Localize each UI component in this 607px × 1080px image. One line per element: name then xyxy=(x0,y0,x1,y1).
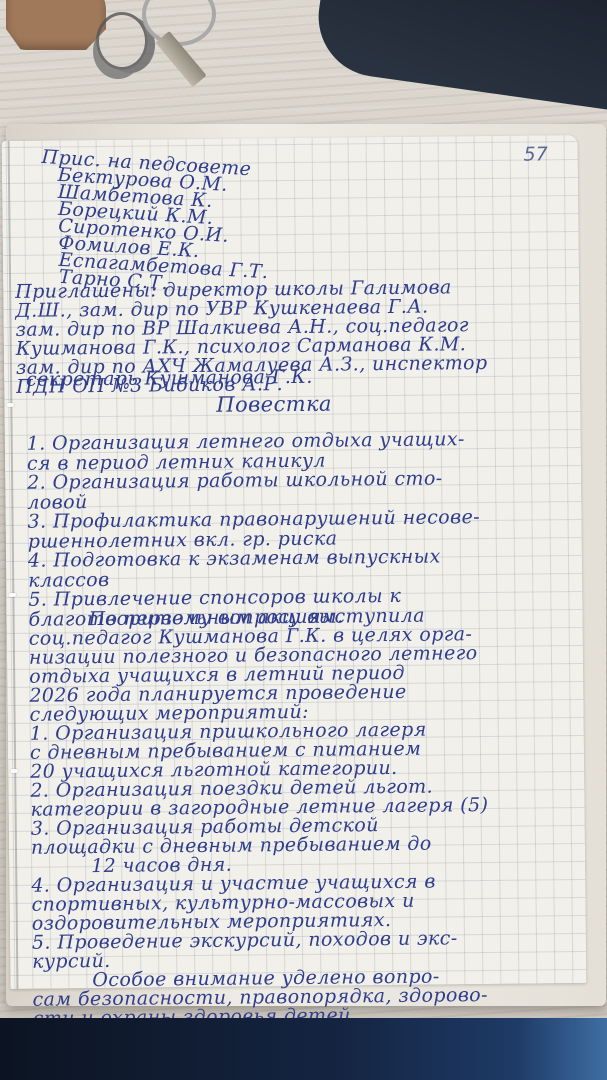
agenda-list: 1. Организация летнего отдыха учащих- ся… xyxy=(27,430,482,630)
key-ring xyxy=(142,0,216,46)
key-chain xyxy=(96,12,148,70)
attendees-list: Прис. на педсовете Бектурова О.М. Шамбет… xyxy=(24,144,269,283)
leather-key-tag xyxy=(6,0,106,50)
binding-stitch xyxy=(10,769,18,773)
discussion-text: По первому вопросу выступила соц.педагог… xyxy=(28,606,490,1029)
binding-fold xyxy=(8,141,19,989)
notebook-page: 57 Прис. на педсовете Бектурова О.М. Шам… xyxy=(2,135,587,989)
binding-stitch xyxy=(6,403,14,407)
binding-stitch xyxy=(8,593,16,597)
agenda-line: 4. Подготовка к экзаменам выпускных xyxy=(28,547,481,571)
agenda-line: 2. Организация работы школьной сто- xyxy=(27,469,480,493)
agenda-title: Повестка xyxy=(216,392,332,417)
secretary-line: секретарь Кушманова Г.К. xyxy=(26,366,313,391)
blue-cloth xyxy=(0,1018,607,1080)
page-number: 57 xyxy=(523,143,547,165)
keys-with-tag xyxy=(0,0,250,80)
